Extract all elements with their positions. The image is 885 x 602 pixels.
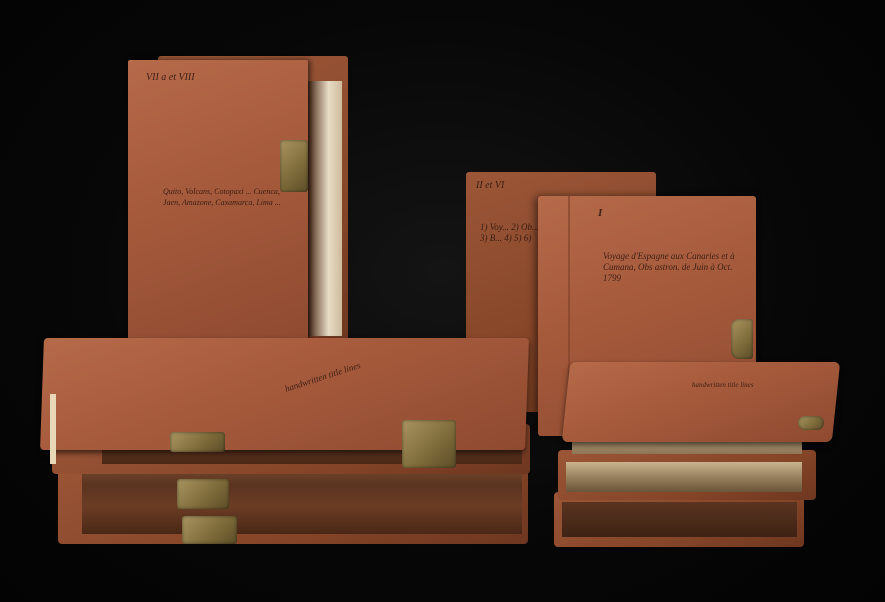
- volume-notes: Voyage d'Espagne aux Canaries et à Cuman…: [603, 251, 748, 284]
- volume-stack-right: handwritten title lines: [552, 362, 840, 550]
- volume-stack-left: handwritten title lines: [42, 334, 532, 549]
- image-caption: Photograph of six leather-bound manuscri…: [0, 0, 1, 1]
- volume-notes: Quito, Volcans, Cotopaxi ... Cuenca, Jae…: [163, 186, 293, 208]
- volume-notes: handwritten title lines: [692, 380, 812, 391]
- volume-label: I: [598, 208, 602, 219]
- volume-standing-left: VII a et VIII Quito, Volcans, Cotopaxi .…: [128, 56, 353, 346]
- volume-label: II et VI: [476, 180, 504, 191]
- volume-notes: 1) Voy... 2) Ob... 3) B... 4) 5) 6): [480, 222, 540, 244]
- volume-label: VII a et VIII: [146, 72, 195, 83]
- photo-scene: Photograph of six leather-bound manuscri…: [0, 0, 885, 602]
